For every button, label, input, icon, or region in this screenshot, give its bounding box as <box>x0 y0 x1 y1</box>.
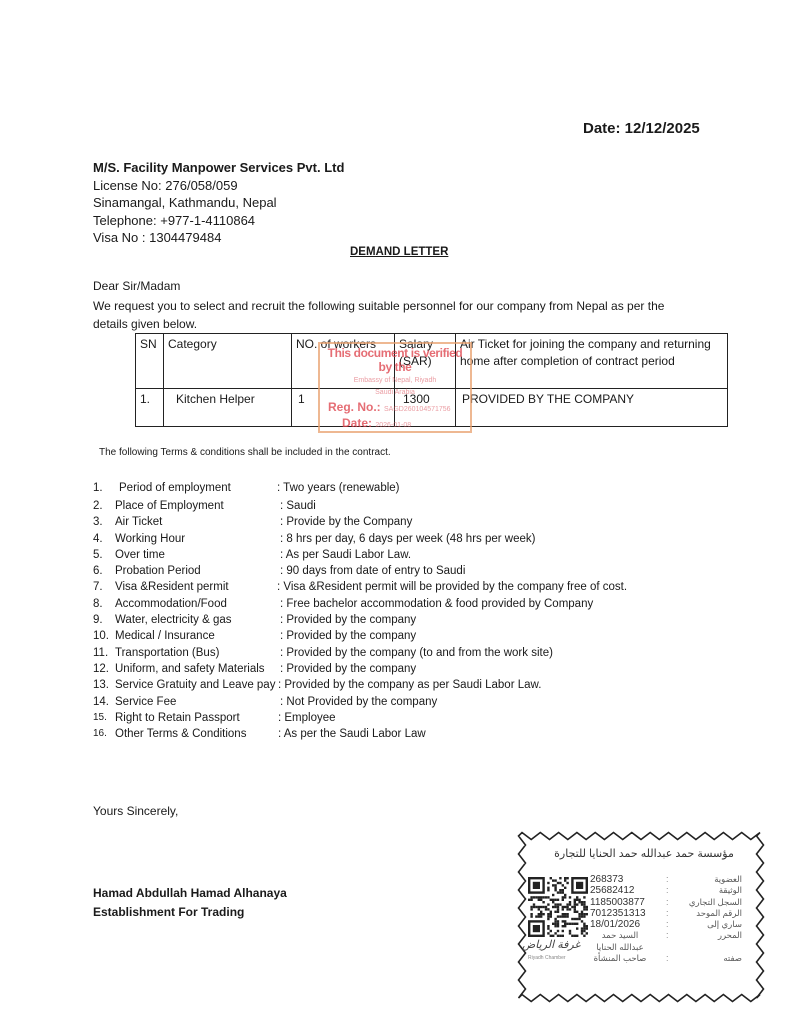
term-label: Place of Employment <box>115 498 224 514</box>
stamp-cr-no: 1185003877 <box>590 897 650 908</box>
company-visa: Visa No : 1304479484 <box>93 229 344 247</box>
stamp-label: ساري إلى <box>689 919 742 930</box>
signer-org: Establishment For Trading <box>93 903 287 922</box>
term-value: : Two years (renewable) <box>277 480 400 496</box>
term-label: Service Gratuity and Leave pay <box>115 677 275 693</box>
stamp-membership-no: 268373 <box>590 874 650 885</box>
signer-block: Hamad Abdullah Hamad Alhanaya Establishm… <box>93 884 287 922</box>
term-number: 14. <box>93 694 115 710</box>
cell-air-ticket: PROVIDED BY THE COMPANY <box>456 389 728 427</box>
stamp-valid-until: 18/01/2026 <box>590 919 650 930</box>
company-block: M/S. Facility Manpower Services Pvt. Ltd… <box>93 159 344 247</box>
term-value: : Provide by the Company <box>280 514 412 530</box>
stamp-colons: ::::::: <box>666 874 669 964</box>
term-label: Air Ticket <box>115 514 162 530</box>
term-value: : Employee <box>278 710 336 726</box>
term-label: Over time <box>115 547 165 563</box>
term-number: 2. <box>93 498 115 514</box>
cell-salary: 1300 <box>395 389 456 427</box>
stamp-owner-line2: عبدالله الحنايا <box>590 942 650 953</box>
stamp-label: الرقم الموحد <box>689 908 742 919</box>
stamp-unified-no: 7012351313 <box>590 908 650 919</box>
company-name: M/S. Facility Manpower Services Pvt. Ltd <box>93 159 344 177</box>
intro-paragraph: We request you to select and recruit the… <box>93 298 693 333</box>
term-value: : Provided by the company (to and from t… <box>280 645 553 661</box>
stamp-label: السجل التجاري <box>689 897 742 908</box>
document-title: DEMAND LETTER <box>350 246 448 258</box>
table-header-row: SN Category NO. of workers Salary (SAR) … <box>136 334 728 389</box>
stamp-label: العضوية <box>689 874 742 885</box>
term-label: Uniform, and safety Materials <box>115 661 265 677</box>
demand-table: SN Category NO. of workers Salary (SAR) … <box>135 333 728 427</box>
term-number: 6. <box>93 563 115 579</box>
term-number: 12. <box>93 661 115 677</box>
header-air-ticket: Air Ticket for joining the company and r… <box>456 334 728 389</box>
term-number: 1. <box>93 480 115 496</box>
term-number: 4. <box>93 531 115 547</box>
stamp-label <box>689 942 742 953</box>
term-label: Probation Period <box>115 563 201 579</box>
term-label: Other Terms & Conditions <box>115 726 246 742</box>
letter-date: Date: 12/12/2025 <box>583 120 700 137</box>
term-number: 13. <box>93 677 115 693</box>
term-label: Working Hour <box>115 531 185 547</box>
chamber-logo-caption: Riyadh Chamber <box>528 955 566 961</box>
term-label: Water, electricity & gas <box>115 612 232 628</box>
term-value: : Provided by the company as per Saudi L… <box>278 677 541 693</box>
term-label: Medical / Insurance <box>115 628 215 644</box>
term-label: Service Fee <box>115 694 176 710</box>
term-value: : Saudi <box>280 498 316 514</box>
header-category: Category <box>164 334 292 389</box>
table-row: 1. Kitchen Helper 1 1300 PROVIDED BY THE… <box>136 389 728 427</box>
term-value: : Provided by the company <box>280 628 416 644</box>
chamber-stamp-title: مؤسسة حمد عبدالله حمد الحنايا للتجارة <box>544 847 744 860</box>
term-label: Period of employment <box>119 480 231 496</box>
term-number: 3. <box>93 514 115 530</box>
qr-code-icon <box>528 877 588 937</box>
term-number: 7. <box>93 579 115 595</box>
term-value: : 8 hrs per day, 6 days per week (48 hrs… <box>280 531 535 547</box>
closing: Yours Sincerely, <box>93 804 178 818</box>
header-salary: Salary (SAR) <box>395 334 456 389</box>
chamber-stamp: مؤسسة حمد عبدالله حمد الحنايا للتجارة 26… <box>514 828 768 1006</box>
term-value: : Provided by the company <box>280 661 416 677</box>
term-label: Accommodation/Food <box>115 596 227 612</box>
term-label: Visa &Resident permit <box>115 579 229 595</box>
term-number: 11. <box>93 645 115 661</box>
stamp-label: المحرر <box>689 930 742 941</box>
stamp-label: الوثيقة <box>689 885 742 896</box>
chamber-stamp-values: 268373 25682412 1185003877 7012351313 18… <box>590 874 650 964</box>
term-label: Right to Retain Passport <box>115 710 240 726</box>
term-value: : Provided by the company <box>280 612 416 628</box>
stamp-label: صفته <box>689 953 742 964</box>
term-label: Transportation (Bus) <box>115 645 219 661</box>
cell-category: Kitchen Helper <box>164 389 292 427</box>
stamp-owner-line1: السيد حمد <box>590 930 650 941</box>
term-value: : 90 days from date of entry to Saudi <box>280 563 465 579</box>
company-telephone: Telephone: +977-1-4110864 <box>93 212 344 230</box>
cell-sn: 1. <box>136 389 164 427</box>
chamber-stamp-labels: العضوية الوثيقة السجل التجاري الرقم المو… <box>689 874 742 964</box>
header-sn: SN <box>136 334 164 389</box>
cell-workers: 1 <box>292 389 395 427</box>
term-value: : As per Saudi Labor Law. <box>280 547 411 563</box>
term-number: 9. <box>93 612 115 628</box>
term-value: : Not Provided by the company <box>280 694 437 710</box>
stamp-owner-line3: صاحب المنشأة <box>590 953 650 964</box>
term-number: 5. <box>93 547 115 563</box>
term-value: : As per the Saudi Labor Law <box>278 726 426 742</box>
term-value: : Visa &Resident permit will be provided… <box>277 579 627 595</box>
company-address: Sinamangal, Kathmandu, Nepal <box>93 194 344 212</box>
term-number: 16. <box>93 726 115 742</box>
signer-name: Hamad Abdullah Hamad Alhanaya <box>93 884 287 903</box>
header-workers: NO. of workers <box>292 334 395 389</box>
term-value: : Free bachelor accommodation & food pro… <box>280 596 593 612</box>
term-number: 15. <box>93 710 115 726</box>
terms-intro: The following Terms & conditions shall b… <box>99 447 391 458</box>
greeting: Dear Sir/Madam <box>93 279 180 293</box>
term-number: 8. <box>93 596 115 612</box>
stamp-document-no: 25682412 <box>590 885 650 896</box>
term-number: 10. <box>93 628 115 644</box>
company-license: License No: 276/058/059 <box>93 177 344 195</box>
